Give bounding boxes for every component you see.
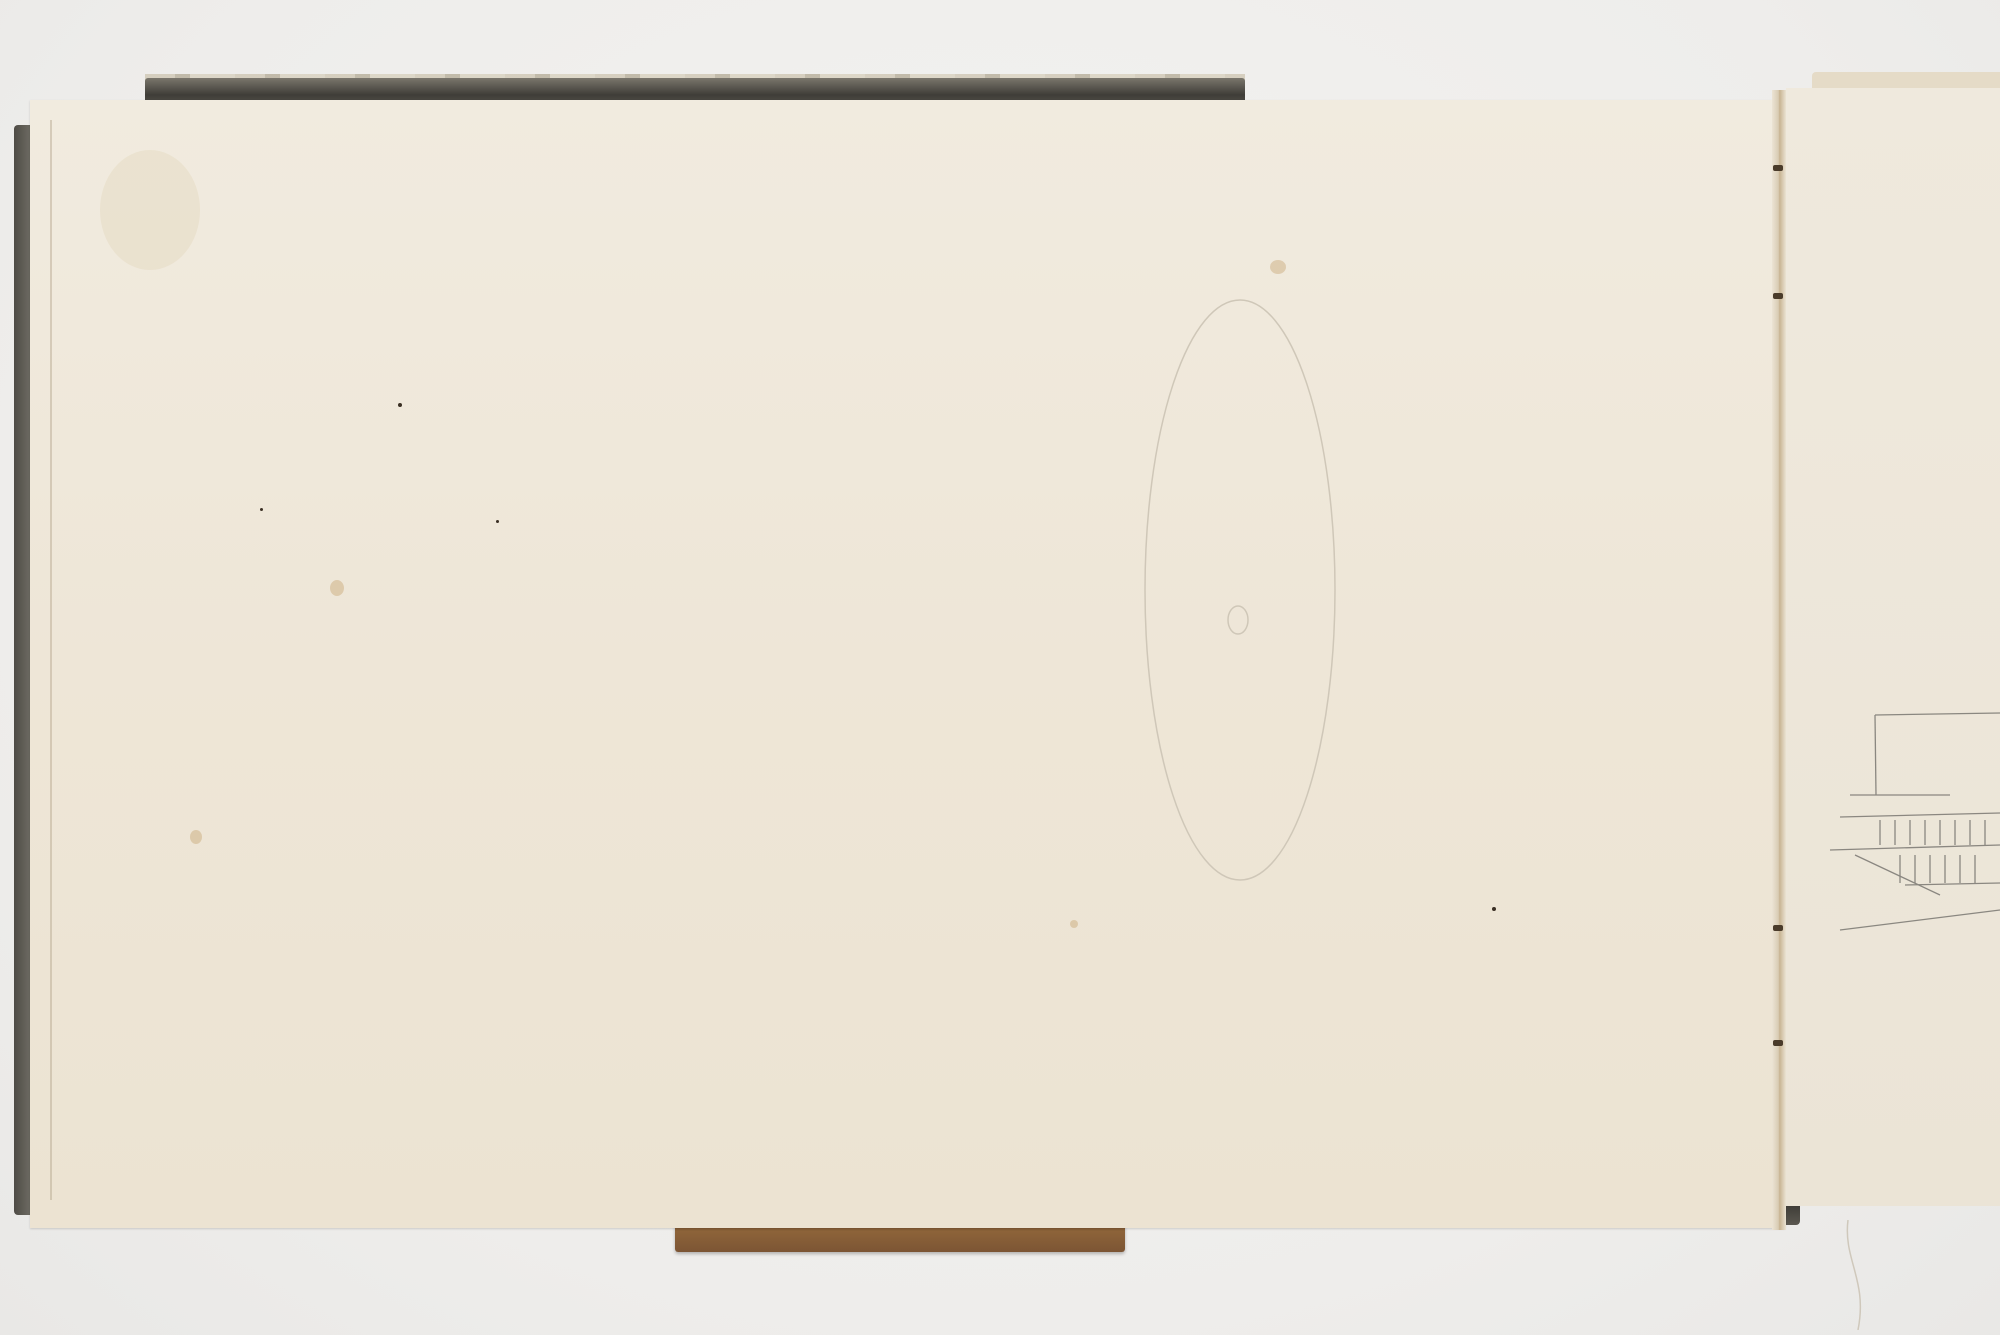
pencil-boat-sketch: [1820, 705, 2000, 935]
foxing-spot: [1270, 260, 1286, 274]
binding-stitch: [1773, 1040, 1783, 1046]
ink-speck: [260, 508, 263, 511]
binding-gutter: [1772, 90, 1786, 1230]
left-page: [30, 100, 1785, 1228]
right-page: [1786, 88, 2000, 1206]
foxing-spot: [330, 580, 344, 596]
ink-speck: [398, 403, 402, 407]
stain: [100, 150, 200, 270]
binding-stitch: [1773, 925, 1783, 931]
ink-speck: [496, 520, 499, 523]
foxing-spot: [190, 830, 202, 844]
right-page-top-edge: [1812, 72, 2000, 88]
faint-pencil-ellipse: [1110, 280, 1370, 900]
page-fold-line: [50, 120, 52, 1200]
binding-stitch: [1773, 293, 1783, 299]
ink-speck: [1492, 907, 1496, 911]
loose-thread: [1838, 1220, 1878, 1330]
foxing-spot: [1070, 920, 1078, 928]
binding-stitch: [1773, 165, 1783, 171]
